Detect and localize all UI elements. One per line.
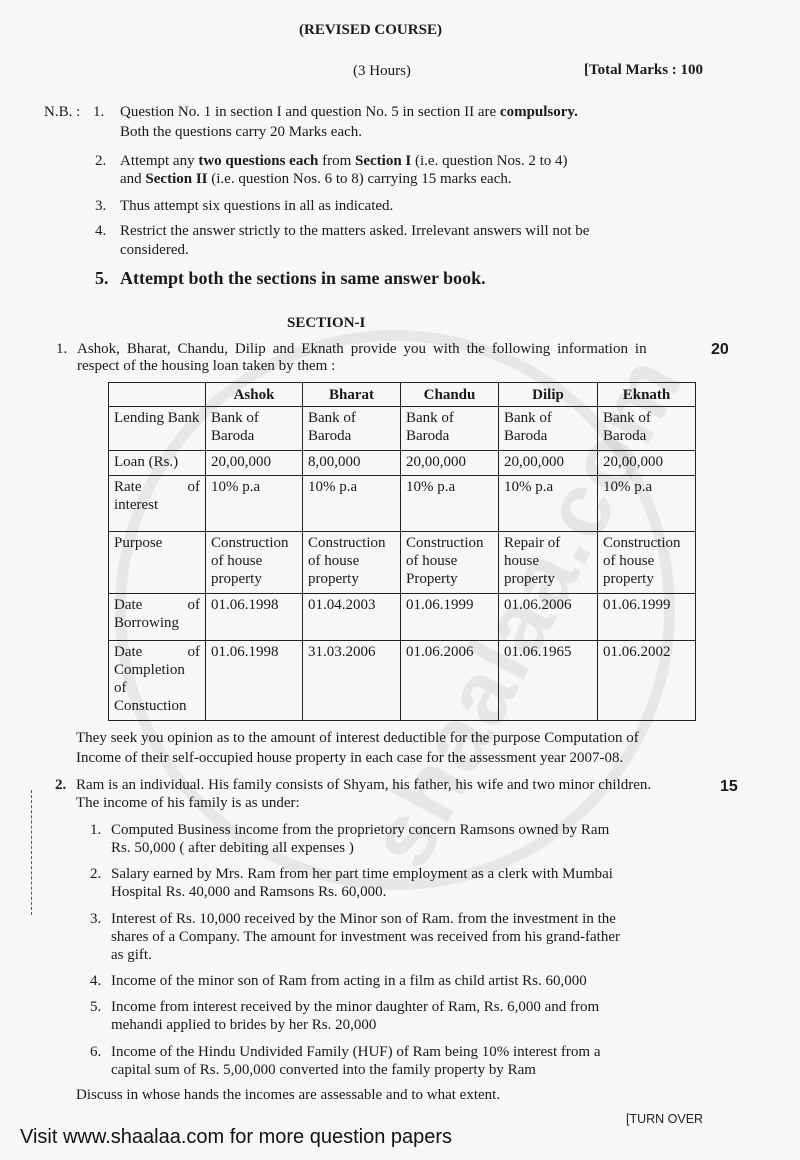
turn-over-label: [TURN OVER bbox=[626, 1112, 703, 1126]
table-row: Rate of interest 10% p.a 10% p.a 10% p.a… bbox=[109, 476, 696, 532]
margin-dashed-line bbox=[31, 790, 32, 915]
table-cell: Bank of Baroda bbox=[499, 407, 598, 451]
table-cell: Construction of house property bbox=[303, 532, 401, 594]
instruction-1-line2: Both the questions carry 20 Marks each. bbox=[120, 124, 362, 141]
table-cell: Bank of Baroda bbox=[401, 407, 499, 451]
table-cell: 31.03.2006 bbox=[303, 641, 401, 721]
instruction-4-line2: considered. bbox=[120, 242, 189, 259]
table-cell: 01.06.2006 bbox=[499, 594, 598, 641]
question2-text-line1: Ram is an individual. His family consist… bbox=[76, 777, 651, 794]
table-cell: 01.06.1998 bbox=[206, 594, 303, 641]
table-cell: Bank of Baroda bbox=[303, 407, 401, 451]
table-cell: 20,00,000 bbox=[206, 451, 303, 476]
table-cell: Construction of house Property bbox=[401, 532, 499, 594]
total-marks: [Total Marks : 100 bbox=[584, 62, 703, 79]
footer-visit-link[interactable]: Visit www.shaalaa.com for more question … bbox=[20, 1126, 452, 1149]
course-title: (REVISED COURSE) bbox=[299, 22, 442, 39]
table-cell: Construction of house property bbox=[206, 532, 303, 594]
table-header-cell: Bharat bbox=[303, 383, 401, 407]
sub-item-line: Income of the minor son of Ram from acti… bbox=[111, 973, 587, 990]
sub-item-line: Salary earned by Mrs. Ram from her part … bbox=[111, 866, 613, 883]
sub-item-num: 2. bbox=[90, 866, 101, 883]
table-cell: 01.06.2006 bbox=[401, 641, 499, 721]
sub-item-line: mehandi applied to brides by her Rs. 20,… bbox=[111, 1017, 376, 1034]
instruction-2-line2: and Section II (i.e. question Nos. 6 to … bbox=[120, 171, 512, 188]
instruction-num: 4. bbox=[95, 223, 106, 240]
table-header-cell: Ashok bbox=[206, 383, 303, 407]
sub-item-num: 3. bbox=[90, 911, 101, 928]
row-label: Rate of interest bbox=[109, 476, 206, 532]
question2-text-line2: The income of his family is as under: bbox=[76, 795, 300, 812]
table-cell: 20,00,000 bbox=[598, 451, 696, 476]
instruction-5: Attempt both the sections in same answer… bbox=[120, 268, 486, 289]
question2-marks: 15 bbox=[720, 778, 738, 796]
table-header-cell bbox=[109, 383, 206, 407]
sub-item-line: Hospital Rs. 40,000 and Ramsons Rs. 60,0… bbox=[111, 884, 386, 901]
sub-item-num: 6. bbox=[90, 1044, 101, 1061]
table-cell: Repair of house property bbox=[499, 532, 598, 594]
table-cell: 01.06.1965 bbox=[499, 641, 598, 721]
sub-item-line: Income of the Hindu Undivided Family (HU… bbox=[111, 1044, 601, 1061]
table-cell: 10% p.a bbox=[499, 476, 598, 532]
table-cell: 20,00,000 bbox=[401, 451, 499, 476]
row-label: Loan (Rs.) bbox=[109, 451, 206, 476]
table-row: Lending Bank Bank of Baroda Bank of Baro… bbox=[109, 407, 696, 451]
row-label: Purpose bbox=[109, 532, 206, 594]
row-label: Lending Bank bbox=[109, 407, 206, 451]
section-title: SECTION-I bbox=[287, 315, 365, 332]
row-label: Date of Borrowing bbox=[109, 594, 206, 641]
question1-marks: 20 bbox=[711, 341, 729, 359]
sub-item-num: 1. bbox=[90, 822, 101, 839]
question-number: 2. bbox=[55, 777, 66, 794]
question2-closing: Discuss in whose hands the incomes are a… bbox=[76, 1087, 500, 1104]
sub-item-num: 4. bbox=[90, 973, 101, 990]
table-cell: 8,00,000 bbox=[303, 451, 401, 476]
instruction-num: 2. bbox=[95, 153, 106, 170]
table-cell: 01.04.2003 bbox=[303, 594, 401, 641]
table-cell: 20,00,000 bbox=[499, 451, 598, 476]
table-cell: Bank of Baroda bbox=[598, 407, 696, 451]
sub-item-num: 5. bbox=[90, 999, 101, 1016]
instruction-4-line1: Restrict the answer strictly to the matt… bbox=[120, 223, 589, 240]
table-cell: 01.06.1999 bbox=[401, 594, 499, 641]
table-cell: 10% p.a bbox=[598, 476, 696, 532]
table-cell: 01.06.1999 bbox=[598, 594, 696, 641]
housing-loan-table: Ashok Bharat Chandu Dilip Eknath Lending… bbox=[108, 382, 696, 721]
table-header-cell: Chandu bbox=[401, 383, 499, 407]
sub-item-line: shares of a Company. The amount for inve… bbox=[111, 929, 620, 946]
table-cell: 01.06.1998 bbox=[206, 641, 303, 721]
sub-item-line: Rs. 50,000 ( after debiting all expenses… bbox=[111, 840, 354, 857]
table-row: Purpose Construction of house property C… bbox=[109, 532, 696, 594]
sub-item-line: as gift. bbox=[111, 947, 152, 964]
sub-item-line: Interest of Rs. 10,000 received by the M… bbox=[111, 911, 616, 928]
table-header-cell: Dilip bbox=[499, 383, 598, 407]
table-cell: Bank of Baroda bbox=[206, 407, 303, 451]
table-cell: 10% p.a bbox=[206, 476, 303, 532]
instruction-2-line1: Attempt any two questions each from Sect… bbox=[120, 153, 568, 170]
sub-item-line: Computed Business income from the propri… bbox=[111, 822, 609, 839]
question1-text-line2: respect of the housing loan taken by the… bbox=[77, 358, 335, 375]
table-row: Date of Completion of Constuction 01.06.… bbox=[109, 641, 696, 721]
instruction-1-line1: Question No. 1 in section I and question… bbox=[120, 104, 578, 121]
table-cell: 10% p.a bbox=[401, 476, 499, 532]
table-header-row: Ashok Bharat Chandu Dilip Eknath bbox=[109, 383, 696, 407]
table-row: Date of Borrowing 01.06.1998 01.04.2003 … bbox=[109, 594, 696, 641]
duration: (3 Hours) bbox=[353, 63, 411, 80]
question-number: 1. bbox=[56, 341, 67, 358]
sub-item-line: Income from interest received by the min… bbox=[111, 999, 599, 1016]
table-cell: 10% p.a bbox=[303, 476, 401, 532]
question1-text-line1: Ashok, Bharat, Chandu, Dilip and Eknath … bbox=[77, 341, 647, 358]
instruction-3: Thus attempt six questions in all as ind… bbox=[120, 198, 393, 215]
question1-closing-line1: They seek you opinion as to the amount o… bbox=[76, 730, 639, 747]
table-row: Loan (Rs.) 20,00,000 8,00,000 20,00,000 … bbox=[109, 451, 696, 476]
nb-prefix: N.B. : bbox=[44, 104, 80, 121]
instruction-num: 1. bbox=[93, 104, 104, 121]
instruction-num: 5. bbox=[95, 268, 109, 289]
row-label: Date of Completion of Constuction bbox=[109, 641, 206, 721]
table-cell: Construction of house property bbox=[598, 532, 696, 594]
table-header-cell: Eknath bbox=[598, 383, 696, 407]
question1-closing-line2: Income of their self-occupied house prop… bbox=[76, 750, 623, 767]
instruction-num: 3. bbox=[95, 198, 106, 215]
sub-item-line: capital sum of Rs. 5,00,000 converted in… bbox=[111, 1062, 536, 1079]
table-cell: 01.06.2002 bbox=[598, 641, 696, 721]
